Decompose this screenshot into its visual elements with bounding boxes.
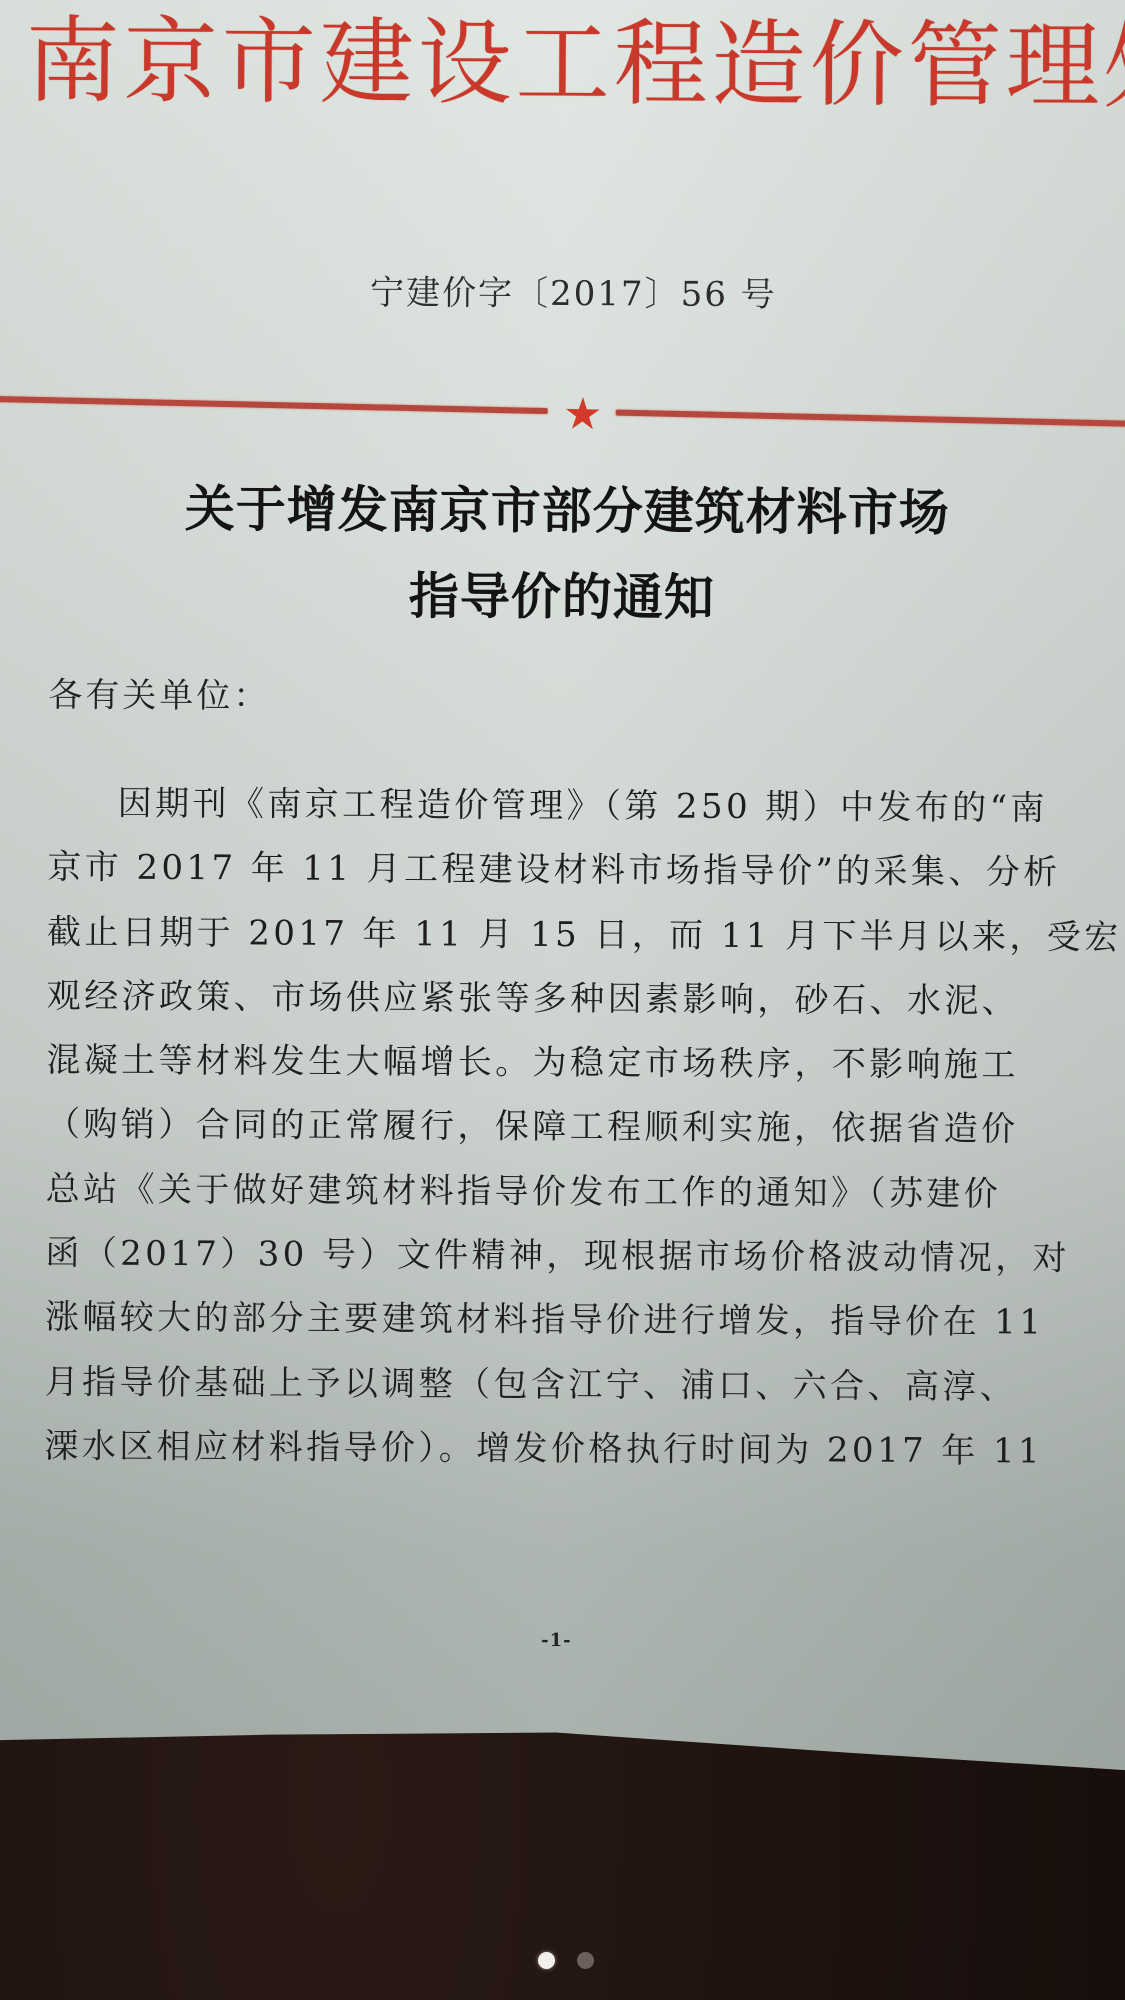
document-page: 南京市建设工程造价管理处 宁建价字〔2017〕56 号 ★ 关于增发南京市部分建…	[0, 0, 1125, 1835]
divider-line-left	[0, 396, 548, 414]
body-line: 函（2017）30 号）文件精神，现根据市场价格波动情况，对	[45, 1227, 1075, 1297]
body-line: 京市 2017 年 11 月工程建设材料市场指导价”的采集、分析	[47, 842, 1077, 912]
title-line: 关于增发南京市部分建筑材料市场	[0, 465, 1125, 557]
document-number: 宁建价字〔2017〕56 号	[0, 263, 1125, 318]
body-line: 混凝土等材料发生大幅增长。为稳定市场秩序，不影响施工	[46, 1034, 1076, 1104]
body-line: 因期刊《南京工程造价管理》（第 250 期）中发布的“南	[48, 777, 1078, 847]
title-line: 指导价的通知	[0, 551, 1125, 643]
image-pager	[0, 1952, 1125, 1969]
body-line: 总站《关于做好建筑材料指导价发布工作的通知》（苏建价	[46, 1163, 1076, 1233]
masthead-org-name: 南京市建设工程造价管理处	[25, 15, 1125, 115]
document-title: 关于增发南京市部分建筑材料市场 指导价的通知	[0, 465, 1125, 643]
pager-dot-1-active[interactable]	[538, 1952, 555, 1969]
body-line: 溧水区相应材料指导价）。增发价格执行时间为 2017 年 11	[44, 1420, 1074, 1490]
divider-line-right	[616, 410, 1125, 427]
star-icon: ★	[557, 391, 608, 438]
page-number: -1-	[0, 1627, 1125, 1654]
pager-dot-2[interactable]	[577, 1952, 594, 1969]
image-viewer: 南京市建设工程造价管理处 宁建价字〔2017〕56 号 ★ 关于增发南京市部分建…	[0, 0, 1125, 2000]
body-line: 涨幅较大的部分主要建筑材料指导价进行增发，指导价在 11	[45, 1292, 1075, 1362]
body-line: 截止日期于 2017 年 11 月 15 日，而 11 月下半月以来，受宏	[47, 906, 1077, 976]
body-line: 月指导价基础上予以调整（包含江宁、浦口、六合、高淳、	[45, 1356, 1075, 1426]
body-line: （购销）合同的正常履行，保障工程顺利实施，依据省造价	[46, 1099, 1076, 1169]
body-line: 观经济政策、市场供应紧张等多种因素影响，砂石、水泥、	[47, 970, 1077, 1040]
red-divider: ★	[0, 385, 1125, 440]
body-paragraph: 因期刊《南京工程造价管理》（第 250 期）中发布的“南 京市 2017 年 1…	[44, 777, 1078, 1490]
salutation: 各有关单位：	[48, 667, 270, 717]
